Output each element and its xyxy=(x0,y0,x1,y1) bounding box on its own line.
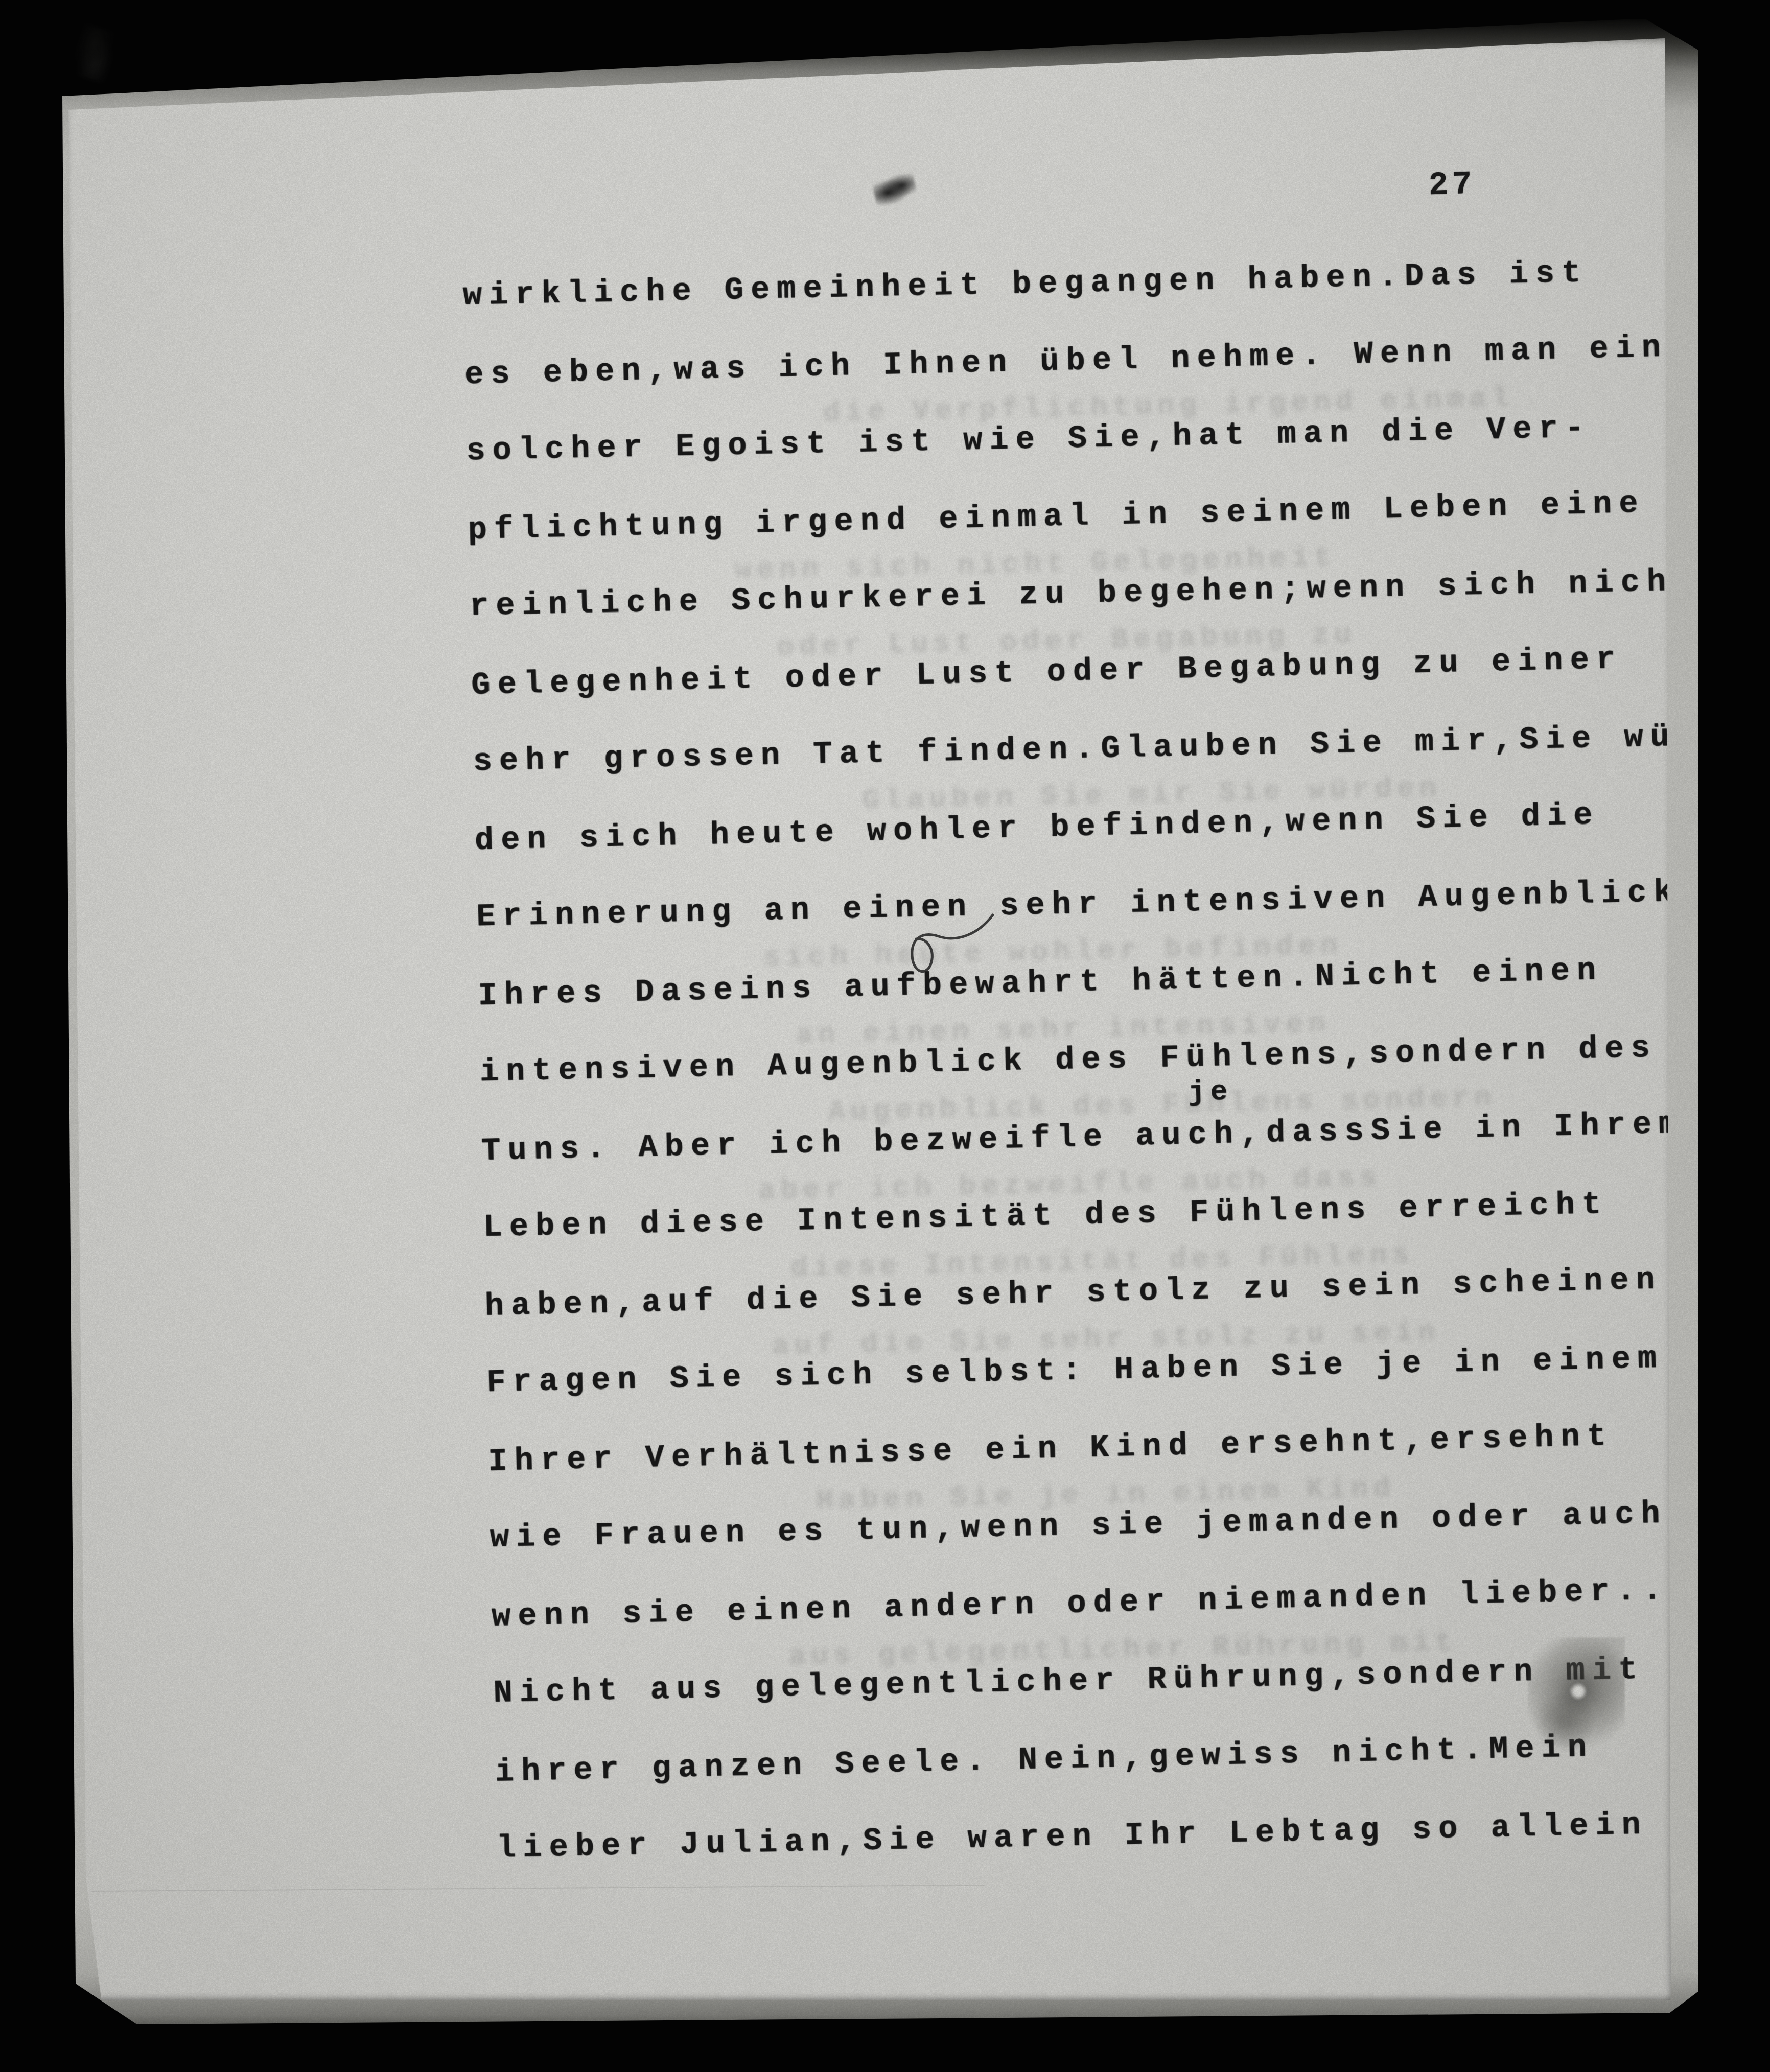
document-page: 27 wirkliche Gemeinheit begangen haben.D… xyxy=(65,38,1674,2000)
ink-speck xyxy=(871,171,918,207)
corner-curl-mark xyxy=(69,24,119,84)
pen-squiggle-mark xyxy=(881,907,999,994)
scan-photo: 27 wirkliche Gemeinheit begangen haben.D… xyxy=(0,0,1770,2072)
ink-smudge xyxy=(1528,1637,1625,1755)
page-number: 27 xyxy=(1428,166,1477,204)
